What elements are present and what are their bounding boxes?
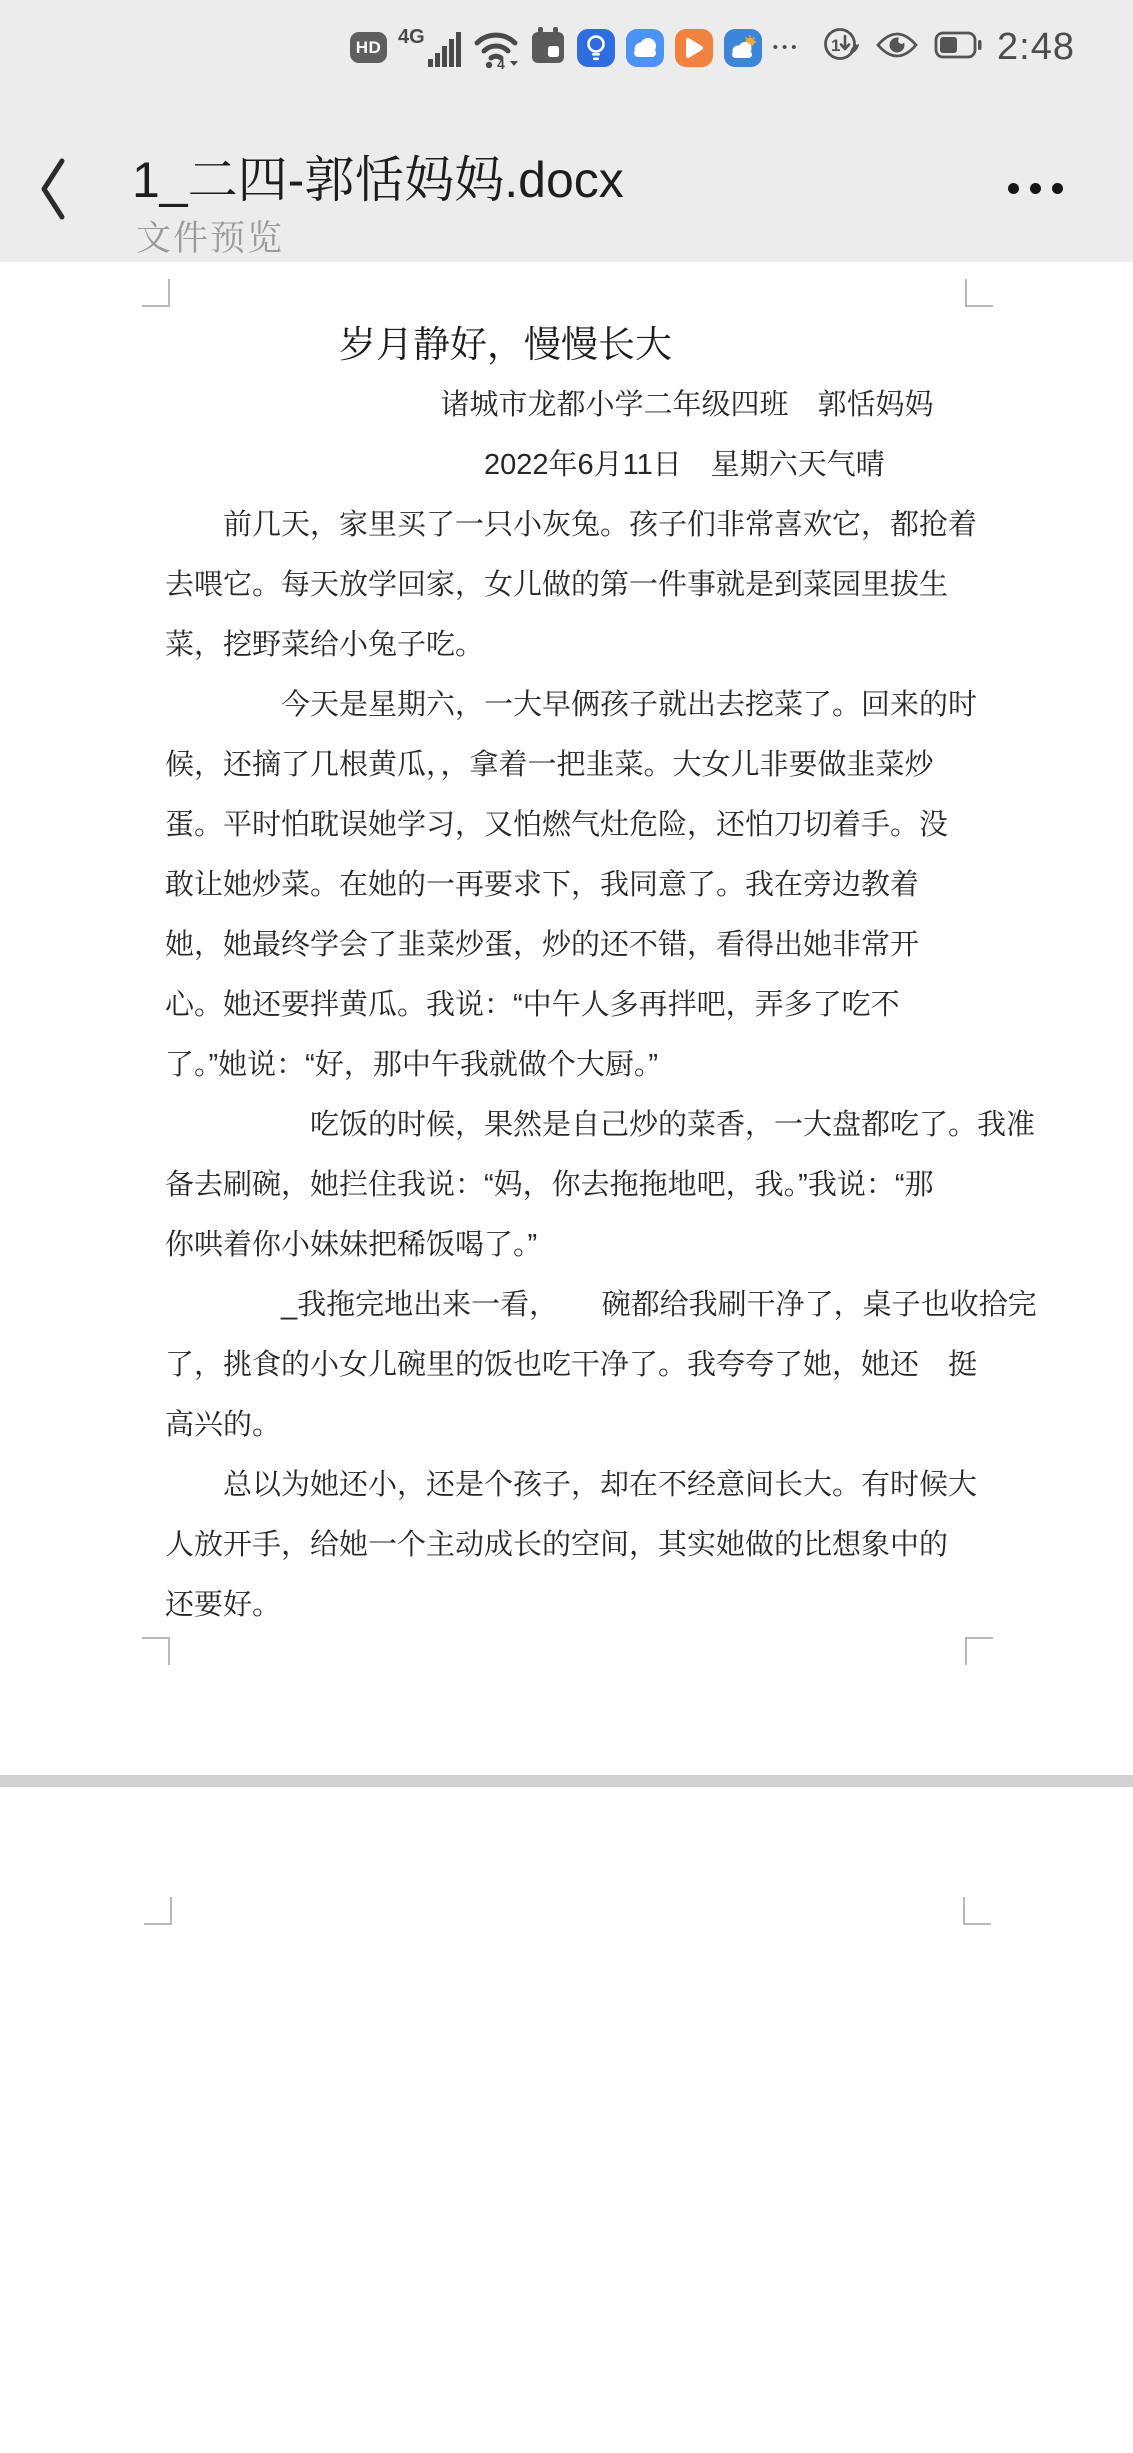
page2-corner-mark-top-right <box>963 1897 991 1925</box>
file-title: 1_二四-郭恬妈妈.docx <box>132 140 624 212</box>
menu-dot <box>1008 183 1019 194</box>
video-app-icon <box>675 29 713 67</box>
document-line: 了。”她说：“好，那中午我就做个大厨。” <box>165 1035 1015 1095</box>
weather-app-icon <box>724 29 762 67</box>
document-line: 你哄着你小妹妹把稀饭喝了。” <box>165 1215 1015 1275</box>
document-line: 去喂它。每天放学回家，女儿做的第一件事就是到菜园里拔生 <box>165 555 1015 615</box>
document-line: 蛋。平时怕耽误她学习，又怕燃气灶危险，还怕刀切着手。没 <box>165 795 1015 855</box>
document-line: 2022年6月11日 星期六天气晴 <box>165 435 1015 495</box>
page1-corner-mark-top-right <box>965 279 993 307</box>
back-button[interactable] <box>36 153 72 225</box>
svg-text:4: 4 <box>497 56 505 69</box>
document-line: 总以为她还小，还是个孩子，却在不经意间长大。有时候大 <box>165 1455 1015 1515</box>
document-line: 吃饭的时候，果然是自己炒的菜香，一大盘都吃了。我准 <box>165 1095 1015 1155</box>
calendar-icon <box>530 25 566 70</box>
more-notifications-icon: ••• <box>773 39 801 56</box>
document-line: 前几天，家里买了一只小灰兔。孩子们非常喜欢它，都抢着 <box>165 495 1015 555</box>
document-text: 岁月静好，慢慢长大诸城市龙都小学二年级四班 郭恬妈妈2022年6月11日 星期六… <box>165 315 1015 1635</box>
document-line: 了，挑食的小女儿碗里的饭也吃干净了。我夸夸了她，她还 挺 <box>165 1335 1015 1395</box>
status-bar-left-icons: HD 4G 4 <box>350 0 800 95</box>
4g-signal-icon: 4G <box>398 27 462 69</box>
page-break-divider <box>0 1775 1133 1787</box>
document-line: 岁月静好，慢慢长大 <box>165 315 1015 375</box>
chevron-left-icon <box>36 153 72 225</box>
menu-dot <box>1030 183 1041 194</box>
flashlight-app-icon <box>577 29 615 67</box>
digital-balance-icon: 1 <box>822 26 860 69</box>
document-preview-viewport[interactable]: 岁月静好，慢慢长大诸城市龙都小学二年级四班 郭恬妈妈2022年6月11日 星期六… <box>0 262 1133 2453</box>
document-line: 备去刷碗，她拦住我说：“妈，你去拖拖地吧，我。”我说：“那 <box>165 1155 1015 1215</box>
file-preview-header: 1_二四-郭恬妈妈.docx 文件预览 <box>0 95 1133 262</box>
cloud-app-icon <box>626 29 664 67</box>
more-menu-button[interactable] <box>1004 175 1067 202</box>
document-line: 还要好。 <box>165 1575 1015 1635</box>
document-line: 诸城市龙都小学二年级四班 郭恬妈妈 <box>165 375 1015 435</box>
network-type-label: 4G <box>398 27 425 47</box>
document-line: 人放开手，给她一个主动成长的空间，其实她做的比想象中的 <box>165 1515 1015 1575</box>
signal-bars-icon <box>428 29 462 69</box>
document-line: 她，她最终学会了韭菜炒蛋，炒的还不错，看得出她非常开 <box>165 915 1015 975</box>
document-line: 菜，挖野菜给小兔子吃。 <box>165 615 1015 675</box>
page1-corner-mark-top-left <box>142 279 170 307</box>
hd-icon: HD <box>350 32 387 63</box>
page-subtitle: 文件预览 <box>136 211 284 261</box>
clock-time: 2:48 <box>997 26 1075 69</box>
status-bar-right-icons: 1 2:48 <box>822 0 1075 95</box>
document-line: _我拖完地出来一看， 碗都给我刷干净了，桌子也收拾完 <box>165 1275 1015 1335</box>
document-line: 候，还摘了几根黄瓜，，拿着一把韭菜。大女儿非要做韭菜炒 <box>165 735 1015 795</box>
menu-dot <box>1052 183 1063 194</box>
page1-corner-mark-bottom-right <box>965 1637 993 1665</box>
document-line: 心。她还要拌黄瓜。我说：“中午人多再拌吧，弄多了吃不 <box>165 975 1015 1035</box>
document-line: 高兴的。 <box>165 1395 1015 1455</box>
document-line: 今天是星期六，一大早俩孩子就出去挖菜了。回来的时 <box>165 675 1015 735</box>
status-bar: HD 4G 4 <box>0 0 1133 95</box>
screen: HD 4G 4 <box>0 0 1133 2453</box>
page2-corner-mark-top-left <box>144 1897 172 1925</box>
svg-text:1: 1 <box>831 36 840 55</box>
eye-comfort-icon <box>875 30 919 65</box>
wifi-icon: 4 <box>473 27 519 69</box>
document-line: 敢让她炒菜。在她的一再要求下，我同意了。我在旁边教着 <box>165 855 1015 915</box>
battery-icon <box>934 29 982 66</box>
page1-corner-mark-bottom-left <box>142 1637 170 1665</box>
